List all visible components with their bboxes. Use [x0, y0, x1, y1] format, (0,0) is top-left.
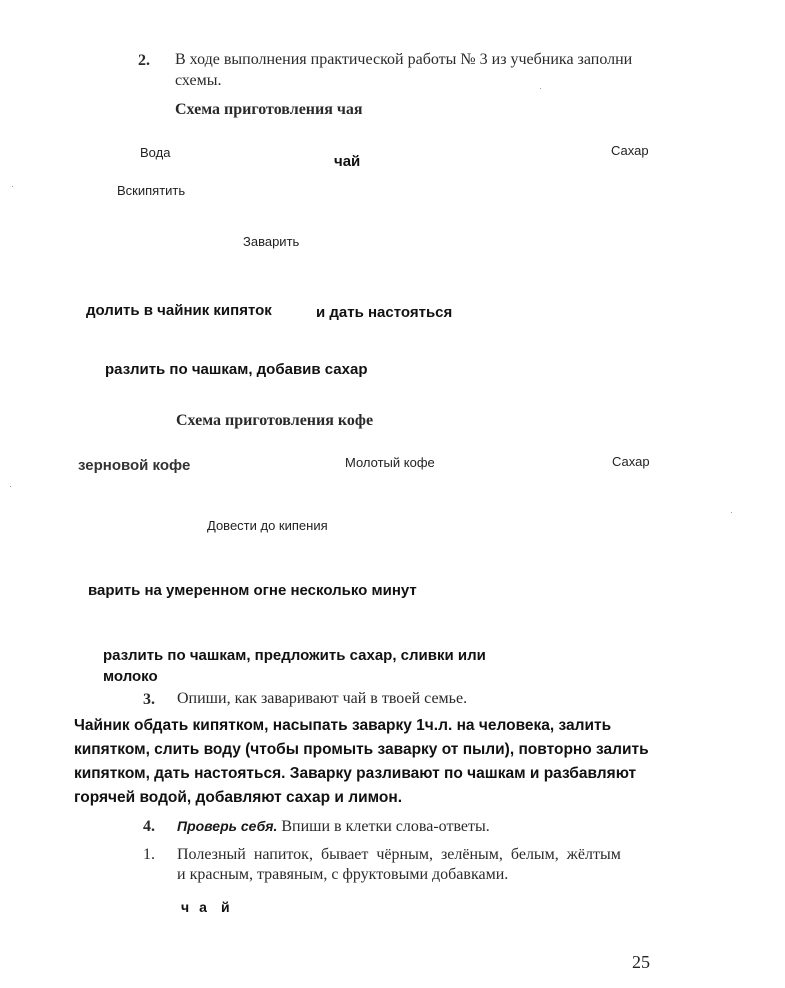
task-3-answer-line: Чайник обдать кипятком, насыпать заварку…	[74, 714, 744, 738]
scan-speck	[10, 486, 11, 487]
tea-label-water: Вода	[140, 145, 170, 160]
tea-answer-step2[interactable]: разлить по чашкам, добавив сахар	[105, 361, 368, 378]
coffee-answer-step2-line2[interactable]: молоко	[103, 668, 158, 685]
tea-answer-tea[interactable]: чай	[334, 153, 360, 170]
task-3-answer-line: кипятком, слить воду (чтобы промыть зава…	[74, 738, 744, 762]
task-4-number: 4.	[143, 818, 155, 836]
tea-answer-step1b[interactable]: и дать настояться	[316, 304, 452, 321]
page-number: 25	[632, 952, 650, 973]
task-2-number: 2.	[138, 52, 150, 70]
coffee-answer-step2-line1[interactable]: разлить по чашкам, предложить сахар, сли…	[103, 647, 486, 664]
task-4-lead: Проверь себя.	[177, 818, 277, 834]
scan-speck	[12, 186, 13, 187]
task-3-text: Опиши, как заваривают чай в твоей семье.	[177, 690, 467, 708]
coffee-answer-beans[interactable]: зерновой кофе	[78, 457, 190, 474]
answer-cell[interactable]: ч	[181, 899, 189, 915]
coffee-label-ground: Молотый кофе	[345, 455, 435, 470]
tea-label-sugar: Сахар	[611, 143, 649, 158]
task-3-number: 3.	[143, 691, 155, 709]
task-4-heading: Проверь себя. Впиши в клетки слова-ответ…	[177, 818, 490, 836]
answer-cell[interactable]: й	[221, 899, 230, 915]
scan-speck	[540, 88, 541, 89]
task-2-text-line2: схемы.	[175, 72, 221, 90]
task-2-text-line1: В ходе выполнения практической работы № …	[175, 51, 632, 69]
tea-label-brew: Заварить	[243, 234, 299, 249]
task-4-text: Впиши в клетки слова-ответы.	[281, 818, 489, 835]
task-4-item1-line1: Полезный напиток, бывает чёрным, зелёным…	[177, 846, 621, 864]
task-4-item1-number: 1.	[143, 846, 155, 864]
task-4-item1-line2: и красным, травяным, с фруктовыми добавк…	[177, 866, 508, 884]
coffee-label-boil: Довести до кипения	[207, 518, 328, 533]
answer-cell[interactable]: а	[199, 899, 207, 915]
answer-cells[interactable]: ч а й	[181, 899, 230, 917]
coffee-label-sugar: Сахар	[612, 454, 650, 469]
task-3-answer-line: кипятком, дать настояться. Заварку разли…	[74, 762, 744, 786]
tea-scheme-title: Схема приготовления чая	[175, 101, 363, 119]
tea-label-boil: Вскипятить	[117, 183, 185, 198]
coffee-scheme-title: Схема приготовления кофе	[176, 412, 373, 430]
scan-speck	[731, 512, 732, 513]
tea-answer-step1a[interactable]: долить в чайник кипяток	[86, 302, 272, 319]
task-3-answer[interactable]: Чайник обдать кипятком, насыпать заварку…	[74, 714, 744, 810]
coffee-answer-step1[interactable]: варить на умеренном огне несколько минут	[88, 582, 417, 599]
task-3-answer-line: горячей водой, добавляют сахар и лимон.	[74, 786, 744, 810]
